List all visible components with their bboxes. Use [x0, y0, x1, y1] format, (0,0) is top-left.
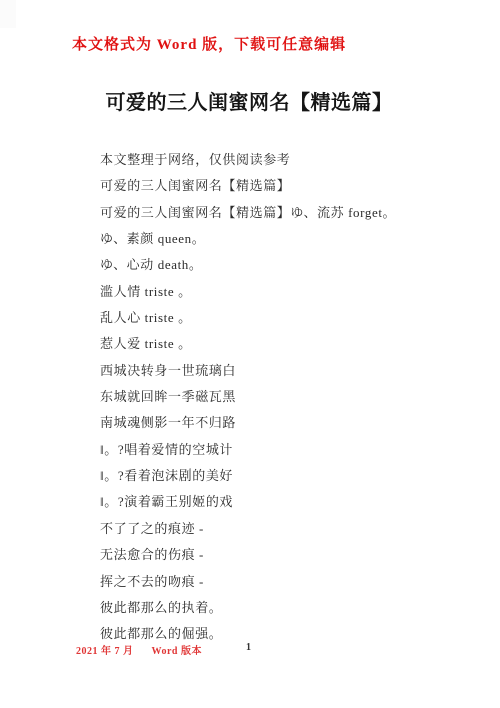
- body-line: ゆ、素颜 queen。: [100, 226, 440, 252]
- body-line: 本文整理于网络，仅供阅读参考: [100, 147, 440, 173]
- page-number: 1: [246, 642, 251, 653]
- body-line: 无法愈合的伤痕 -: [100, 542, 440, 568]
- scan-corner-shade: [0, 0, 16, 28]
- footer-date: 2021 年 7 月: [76, 642, 134, 657]
- footer-version: Word 版本: [152, 642, 202, 657]
- word-format-notice: 本文格式为 Word 版，下载可任意编辑: [72, 33, 346, 54]
- page-footer: 2021 年 7 月 Word 版本: [76, 642, 202, 657]
- page-title: 可爱的三人闺蜜网名【精选篇】: [0, 86, 498, 115]
- body-line: 滥人情 triste 。: [100, 279, 440, 305]
- body-line: 不了了之的痕迹 -: [100, 516, 440, 542]
- document-body: 本文整理于网络，仅供阅读参考 可爱的三人闺蜜网名【精选篇】 可爱的三人闺蜜网名【…: [100, 147, 440, 648]
- body-line: 挥之不去的吻痕 -: [100, 569, 440, 595]
- body-line: 西城决转身一世琉璃白: [100, 358, 440, 384]
- body-line: ‖。?看着泡沫剧的美好: [100, 463, 440, 489]
- body-line: 可爱的三人闺蜜网名【精选篇】: [100, 173, 440, 199]
- body-line: 南城魂侧影一年不归路: [100, 410, 440, 436]
- body-line: 惹人爱 triste 。: [100, 331, 440, 357]
- body-line: 可爱的三人闺蜜网名【精选篇】ゆ、流苏 forget。: [100, 200, 440, 226]
- document-page: 本文格式为 Word 版，下载可任意编辑 可爱的三人闺蜜网名【精选篇】 本文整理…: [0, 0, 500, 708]
- body-line: ‖。?唱着爱情的空城计: [100, 437, 440, 463]
- body-line: 乱人心 triste 。: [100, 305, 440, 331]
- body-line: ゆ、心动 death。: [100, 252, 440, 278]
- body-line: 东城就回眸一季磁瓦黑: [100, 384, 440, 410]
- body-line: ‖。?演着霸王别姬的戏: [100, 489, 440, 515]
- body-line: 彼此都那么的执着。: [100, 595, 440, 621]
